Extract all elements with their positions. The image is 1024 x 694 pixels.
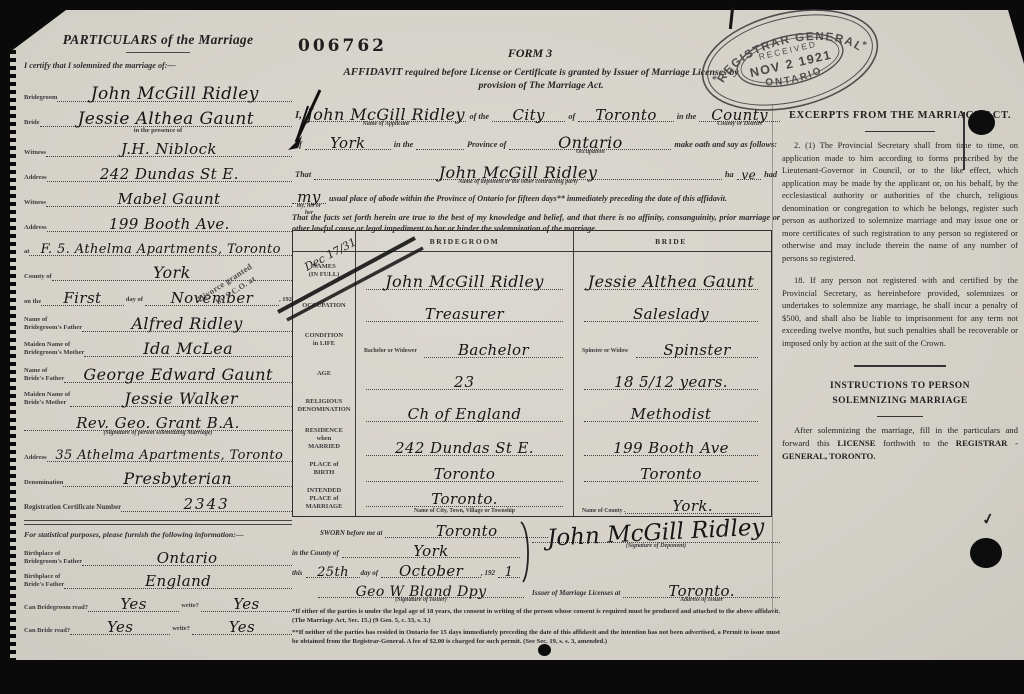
- cell-value: Methodist: [631, 407, 712, 422]
- field-row-solemnizer: Rev. Geo. Grant B.A. (Signature of perso…: [24, 407, 292, 431]
- field-value: October: [399, 564, 463, 579]
- scanned-marriage-record: { "colors": {"background":"#0a0a0a","pap…: [0, 0, 1024, 694]
- table-row-religion: RELIGIOUS DENOMINATION Ch of England Met…: [293, 390, 771, 422]
- printed-text: Province of: [464, 140, 509, 150]
- printed-text: usual place of abode within the Province…: [326, 194, 730, 204]
- field-row-groom-father: Name of Bridegroom's Father Alfred Ridle…: [24, 306, 292, 332]
- field-value: Yes: [120, 597, 146, 612]
- field-value: ve: [742, 169, 757, 181]
- field-row-address1: Address 242 Dundas St E.: [24, 157, 292, 182]
- field-value: Yes: [229, 620, 255, 635]
- ink-dot: [538, 644, 551, 656]
- cell-value: Toronto.: [431, 492, 498, 507]
- sworn-row-place: SWORN before me at Toronto: [292, 518, 548, 538]
- affidavit-line-3: That John McGill Ridley Name of deponent…: [292, 152, 780, 180]
- field-row-groom-readwrite: Can Bridegroom read? Yes write? Yes: [24, 589, 292, 612]
- field-label: Name of Bride's Father: [24, 367, 64, 383]
- field-caption: Name of Applicant: [305, 121, 466, 128]
- field-row-bride: Bride Jessie Althea Gaunt: [24, 102, 292, 127]
- cell-value: Toronto: [434, 467, 496, 482]
- field-row-bp-groom-father: Birthplace of Bridegroom's Father Ontari…: [24, 542, 292, 566]
- field-label: Denomination: [24, 479, 63, 487]
- particulars-section: PARTICULARS of the Marriage I certify th…: [24, 32, 292, 635]
- field-value: 1: [505, 566, 514, 579]
- cell-value: Treasurer: [425, 307, 504, 322]
- field-row-witness1: Witness J.H. Niblock: [24, 135, 292, 157]
- cell-value: Saleslady: [633, 307, 709, 322]
- field-label: Bride: [24, 119, 40, 127]
- check-mark: ✓: [980, 509, 996, 529]
- field-label: Address: [24, 454, 47, 462]
- field-row-bridegroom: Bridegroom John McGill Ridley: [24, 76, 292, 102]
- divider: [877, 416, 923, 418]
- field-label: Address: [24, 224, 47, 232]
- field-label: Address: [24, 174, 47, 182]
- instructions-paragraph: After solemnizing the marriage, fill in …: [782, 424, 1018, 463]
- excerpts-section: EXCERPTS FROM THE MARRIAGE ACT. 2. (1) T…: [782, 108, 1018, 472]
- printed-text: this: [292, 569, 306, 578]
- affidavit-heading-rest: required before License or Certificate i…: [405, 67, 739, 78]
- row-label: AGE: [293, 358, 355, 390]
- printed-text: in the: [391, 140, 417, 150]
- printed-text: SWORN before me at: [320, 529, 385, 538]
- footnote-2: **If neither of the parties has resided …: [292, 629, 780, 647]
- cell-caption: Spinster or Widow: [582, 348, 628, 354]
- solemnizer-signature: Rev. Geo. Grant B.A.: [76, 416, 240, 431]
- affidavit-line-2: of York in the Province of Ontario Occup…: [292, 124, 780, 150]
- field-row-bride-father: Name of Bride's Father George Edward Gau…: [24, 357, 292, 383]
- field-label: County of: [24, 273, 52, 281]
- sworn-row-date: this 25th day of October , 192 1: [292, 558, 520, 578]
- field-caption: Occupation: [509, 149, 671, 156]
- double-rule: [24, 520, 292, 525]
- row-label: RESIDENCE when MARRIED: [293, 422, 355, 456]
- field-row-witness2: Witness Mabel Gaunt: [24, 182, 292, 207]
- particulars-title: PARTICULARS of the Marriage: [24, 32, 292, 48]
- field-value: Jessie Walker: [124, 391, 238, 407]
- stamp-star-right: *: [861, 39, 868, 51]
- field-label: Bridegroom: [24, 94, 57, 102]
- cell-caption: Bachelor or Widower: [364, 348, 417, 354]
- field-label: Registration Certificate Number: [24, 503, 121, 512]
- field-row-denomination: Denomination Presbyterian: [24, 462, 292, 487]
- instructions-bold-license: LICENSE: [837, 438, 875, 448]
- statistical-note: For statistical purposes, please furnish…: [24, 530, 292, 540]
- field-label: on the: [24, 298, 41, 306]
- sworn-row-county: in the County of York: [292, 538, 520, 558]
- cell-value: Bachelor: [458, 343, 529, 358]
- field-value: Jessie Althea Gaunt: [78, 111, 254, 128]
- deponent-signature-block: John McGill Ridley (Signature of Deponen…: [532, 520, 780, 549]
- printed-text: had: [761, 170, 780, 180]
- field-label: Birthplace of Bridegroom's Father: [24, 550, 82, 566]
- cell-caption: Name of County .: [582, 508, 625, 514]
- table-row-birthplace: PLACE of BIRTH Toronto Toronto: [293, 456, 771, 482]
- excerpt-paragraph-1: 2. (1) The Provincial Secretary shall fr…: [782, 139, 1018, 264]
- field-caption: Address of Issuer: [623, 597, 780, 604]
- field-row-reg-cert: Registration Certificate Number 2343: [24, 487, 292, 512]
- field-value: Yes: [107, 620, 133, 635]
- cell-value: 18 5/12 years.: [614, 375, 728, 390]
- field-row-bride-mother: Maiden Name of Bride's Mother Jessie Wal…: [24, 383, 292, 407]
- signature-caption: (Signature of person solemnizing Marriag…: [24, 430, 292, 437]
- field-value: 25th: [317, 566, 349, 579]
- cell-value: 199 Booth Ave: [613, 441, 729, 456]
- document-sheet: PARTICULARS of the Marriage I certify th…: [10, 10, 1024, 660]
- divider: [854, 365, 946, 367]
- field-label: Maiden Name of Bridegroom's Mother: [24, 341, 84, 357]
- field-value: City: [513, 108, 545, 123]
- field-value: Toronto: [595, 108, 657, 123]
- field-row-bride-readwrite: Can Bride read? Yes write? Yes: [24, 612, 292, 635]
- field-row-address3: Address 35 Athelma Apartments, Toronto: [24, 440, 292, 462]
- field-label: Maiden Name of Bride's Mother: [24, 391, 70, 407]
- cell-value: Jessie Althea Gaunt: [588, 274, 754, 290]
- printed-text: of the: [466, 112, 492, 122]
- column-header-bride: BRIDE: [573, 231, 768, 251]
- field-label: day of: [124, 296, 145, 306]
- field-caption: my, his or her: [292, 203, 326, 216]
- row-label: PLACE of BIRTH: [293, 456, 355, 482]
- table-row-intended-place: INTENDED PLACE of MARRIAGE Toronto. Name…: [293, 482, 771, 516]
- divider: [865, 131, 935, 133]
- row-label: RELIGIOUS DENOMINATION: [293, 390, 355, 422]
- field-value: York: [153, 265, 191, 281]
- field-label: Name of Bridegroom's Father: [24, 316, 82, 332]
- field-value: Yes: [233, 597, 259, 612]
- field-value: England: [145, 574, 211, 589]
- field-value: First: [63, 291, 101, 306]
- punch-hole-top: [968, 110, 995, 135]
- printed-text: That: [292, 170, 314, 180]
- cell-value: 242 Dundas St E.: [395, 441, 534, 456]
- field-value: 2343: [184, 497, 230, 512]
- perforated-edge: [8, 10, 16, 660]
- affidavit-word: AFFIDAVIT: [343, 66, 402, 78]
- signature-caption: (Signature of Issuer): [318, 597, 524, 604]
- serial-number: 006762: [298, 36, 387, 56]
- field-caption: Name of deponent or the other contractin…: [314, 179, 722, 186]
- field-value: George Edward Gaunt: [83, 367, 272, 383]
- issuer-address-row: Issuer of Marriage Licenses at Toronto. …: [532, 582, 780, 598]
- torn-corner-top-right: [1008, 10, 1024, 64]
- footnote-1: *If either of the parties is under the l…: [292, 608, 780, 626]
- ink-speck: [544, 661, 547, 664]
- instructions-heading: INSTRUCTIONS TO PERSON SOLEMNIZING MARRI…: [782, 379, 1018, 409]
- cell-value: York.: [672, 499, 713, 514]
- printed-text: of: [565, 112, 578, 122]
- row-label: CONDITION in LIFE: [293, 322, 355, 358]
- cell-value: Ch of England: [408, 407, 522, 422]
- printed-text: day of: [360, 569, 381, 578]
- row-label: INTENDED PLACE of MARRIAGE: [293, 482, 355, 516]
- certify-line: I certify that I solemnized the marriage…: [24, 61, 292, 70]
- table-row-age: AGE 23 18 5/12 years.: [293, 358, 771, 390]
- field-value: J.H. Niblock: [121, 142, 217, 157]
- printed-text: Issuer of Marriage Licenses at: [532, 589, 623, 598]
- field-value: 199 Booth Ave.: [109, 217, 230, 232]
- field-value: Toronto: [436, 524, 498, 539]
- printed-text: make oath and say as follows:: [671, 140, 780, 150]
- field-value: Ida McLea: [143, 341, 233, 357]
- sworn-section: SWORN before me at Toronto in the County…: [292, 518, 780, 610]
- affidavit-body: I, John McGill Ridley Name of Applicant …: [292, 96, 780, 234]
- sworn-row-issuer-sig: Geo W Bland Dpy (Signature of Issuer): [292, 578, 524, 598]
- checkmark-arrow: [276, 86, 328, 158]
- field-row-bp-bride-father: Birthplace of Bride's Father England: [24, 566, 292, 589]
- affidavit-heading-line2: provision of The Marriage Act.: [478, 80, 603, 91]
- field-value: York: [330, 136, 366, 151]
- field-value: John McGill Ridley: [91, 86, 259, 103]
- field-label: write?: [170, 625, 192, 635]
- field-row-address2: Address 199 Booth Ave.: [24, 207, 292, 232]
- excerpt-paragraph-2: 18. If any person not registered with an…: [782, 274, 1018, 349]
- cell-caption: Name of City, Town, Village or Township: [356, 508, 573, 516]
- field-row-at: at F. 5. Athelma Apartments, Toronto: [24, 232, 292, 256]
- field-value: Alfred Ridley: [131, 316, 242, 332]
- field-value: York: [413, 544, 449, 559]
- field-label: Witness: [24, 149, 46, 157]
- printed-text: , 192: [481, 569, 498, 578]
- form-number: FORM 3: [440, 46, 620, 61]
- punch-hole-bottom: [970, 538, 1002, 568]
- field-label: write?: [179, 602, 201, 612]
- field-value: Mabel Gaunt: [117, 192, 220, 207]
- printed-text: in the: [674, 112, 700, 122]
- table-row-condition: CONDITION in LIFE Bachelor or Widower Ba…: [293, 322, 771, 358]
- field-value: Presbyterian: [123, 471, 232, 487]
- instructions-text: forthwith to the: [876, 438, 956, 448]
- divider: [126, 52, 190, 53]
- printed-text: ha: [722, 170, 737, 180]
- table-row-residence: RESIDENCE when MARRIED 242 Dundas St E. …: [293, 422, 771, 456]
- printed-text: in the County of: [292, 549, 342, 558]
- field-label: Can Bridegroom read?: [24, 604, 88, 612]
- cell-value: 23: [454, 375, 475, 390]
- cell-value: Toronto: [640, 467, 702, 482]
- field-value: 35 Athelma Apartments, Toronto: [55, 449, 283, 462]
- field-label: Can Bride read?: [24, 627, 70, 635]
- field-value: 242 Dundas St E.: [100, 167, 239, 182]
- field-value: Ontario: [157, 551, 218, 566]
- field-value: F. 5. Athelma Apartments, Toronto: [41, 243, 281, 256]
- cell-value: Spinster: [663, 343, 730, 358]
- footnotes: *If either of the parties is under the l…: [292, 608, 780, 650]
- field-label: Birthplace of Bride's Father: [24, 573, 64, 589]
- field-row-groom-mother: Maiden Name of Bridegroom's Mother Ida M…: [24, 332, 292, 357]
- field-label: Witness: [24, 199, 46, 207]
